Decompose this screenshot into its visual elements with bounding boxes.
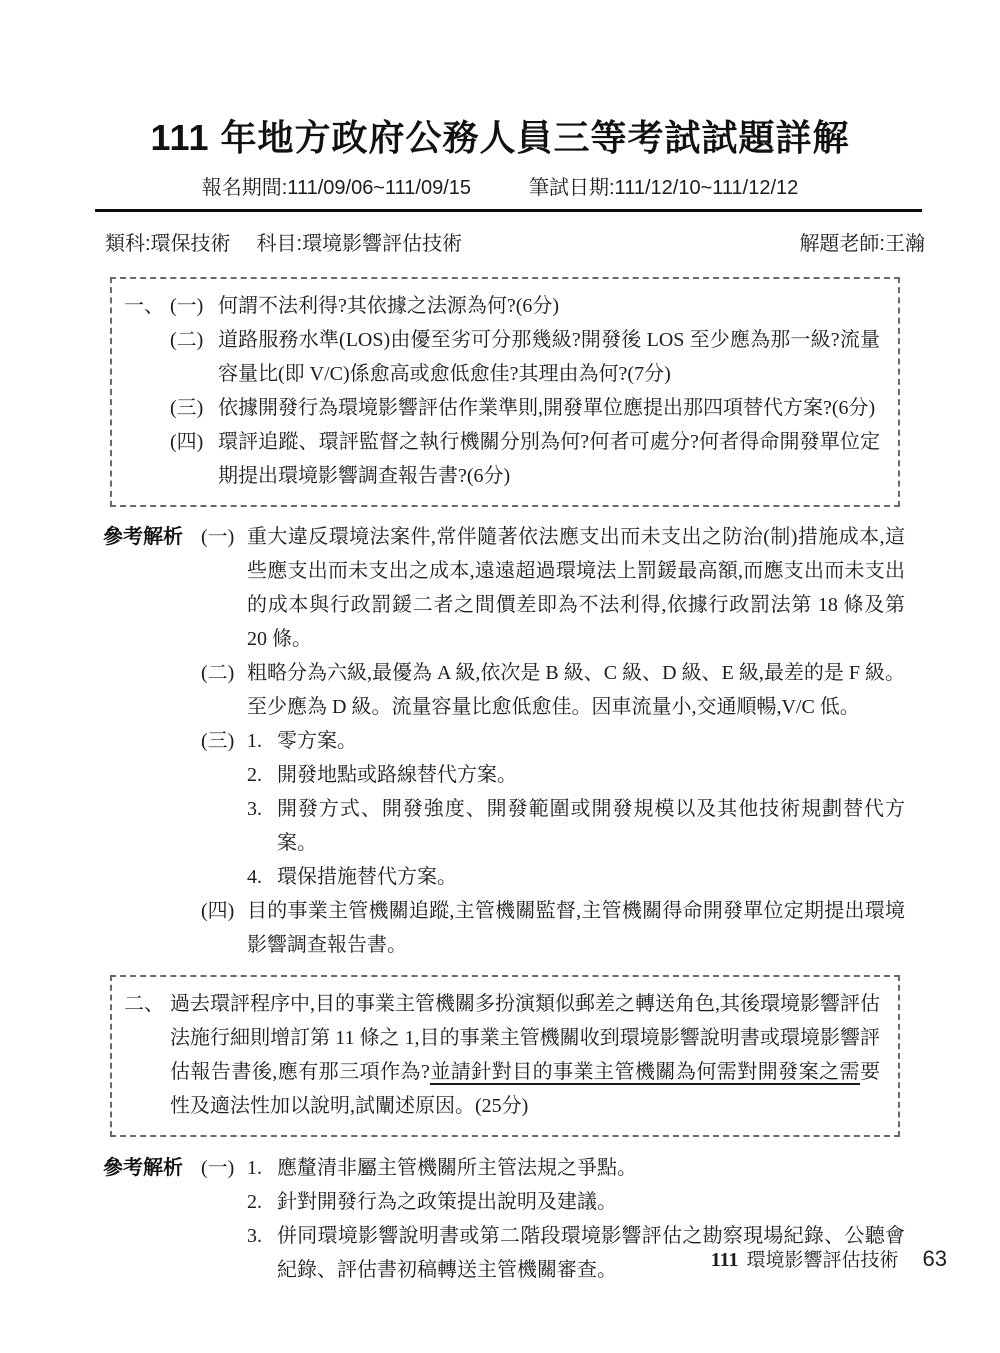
question-box-1: 一、 (一) 何謂不法利得?其依據之法源為何?(6分) (二) 道路服務水準(L… (110, 277, 900, 507)
page-number: 63 (923, 1246, 947, 1272)
analysis1-part-2: (二) 粗略分為六級,最優為 A 級,依次是 B 級、C 級、D 級、E 級,最… (201, 656, 905, 724)
list-item: 1. 應釐清非屬主管機關所主管法規之爭點。 (247, 1151, 905, 1185)
question1-part-1: (一) 何謂不法利得?其依據之法源為何?(6分) (170, 289, 880, 323)
part-marker: (一) (201, 520, 247, 656)
list-item: 3. 開發方式、開發強度、開發範圍或開發規模以及其他技術規劃替代方案。 (247, 792, 905, 860)
teacher-label: 解題老師:王瀚 (799, 227, 925, 256)
part-marker: (一) (170, 289, 218, 323)
question2-text-underlined: 並請針對目的事業主管機關為何需對開發案之需 (430, 1061, 860, 1083)
page-title: 111 年地方政府公務人員三等考試試題詳解 (0, 110, 1000, 161)
question1-number: 一、 (124, 289, 170, 493)
analysis1-part-4: (四) 目的事業主管機關追蹤,主管機關監督,主管機關得命開發單位定期提出環境影響… (201, 894, 905, 962)
item-number: 2. (247, 1185, 277, 1219)
registration-period: 報名期間:111/09/06~111/09/15 (202, 171, 471, 200)
analysis1-label: 參考解析 (103, 520, 187, 962)
question1-part-4: (四) 環評追蹤、環評監督之執行機關分別為何?何者可處分?何者得命開發單位定期提… (170, 425, 880, 493)
part-marker: (三) (170, 391, 218, 425)
part-marker: (二) (170, 323, 218, 391)
item-text: 環保措施替代方案。 (277, 860, 905, 894)
part-text: 目的事業主管機關追蹤,主管機關監督,主管機關得命開發單位定期提出環境影響調查報告… (247, 894, 905, 962)
part-text: 環評追蹤、環評監督之執行機關分別為何?何者可處分?何者得命開發單位定期提出環境影… (218, 425, 880, 493)
part-marker: (一) (201, 1151, 247, 1287)
question1-body: (一) 何謂不法利得?其依據之法源為何?(6分) (二) 道路服務水準(LOS)… (170, 289, 880, 493)
written-exam-date: 筆試日期:111/12/10~111/12/12 (529, 171, 798, 200)
part-text: 重大違反環境法案件,常伴隨著依法應支出而未支出之防治(制)措施成本,這些應支出而… (247, 520, 905, 656)
item-text: 應釐清非屬主管機關所主管法規之爭點。 (277, 1151, 905, 1185)
analysis2-label: 參考解析 (103, 1151, 187, 1287)
item-number: 1. (247, 1151, 277, 1185)
analysis-section-1: 參考解析 (一) 重大違反環境法案件,常伴隨著依法應支出而未支出之防治(制)措施… (103, 520, 905, 962)
question-box-2: 二、 過去環評程序中,目的事業主管機關多扮演類似郵差之轉送角色,其後環境影響評估… (110, 975, 900, 1137)
question1-part-3: (三) 依據開發行為環境影響評估作業準則,開發單位應提出那四項替代方案?(6分) (170, 391, 880, 425)
list-item: 2. 開發地點或路線替代方案。 (247, 758, 905, 792)
part-text: 依據開發行為環境影響評估作業準則,開發單位應提出那四項替代方案?(6分) (218, 391, 880, 425)
meta-left: 類科:環保技術 科目:環境影響評估技術 (105, 227, 462, 256)
item-text: 開發地點或路線替代方案。 (277, 758, 905, 792)
item-text: 開發方式、開發強度、開發範圍或開發規模以及其他技術規劃替代方案。 (277, 792, 905, 860)
footer-subject: 環境影響評估技術 (747, 1245, 899, 1272)
meta-row: 類科:環保技術 科目:環境影響評估技術 解題老師:王瀚 (105, 227, 925, 256)
header-rule (95, 209, 922, 212)
analysis1-part-1: (一) 重大違反環境法案件,常伴隨著依法應支出而未支出之防治(制)措施成本,這些… (201, 520, 905, 656)
item-number: 3. (247, 1219, 277, 1287)
exam-dates-row: 報名期間:111/09/06~111/09/15 筆試日期:111/12/10~… (0, 171, 1000, 200)
part-text: 粗略分為六級,最優為 A 級,依次是 B 級、C 級、D 級、E 級,最差的是 … (247, 656, 905, 724)
part-marker: (二) (201, 656, 247, 724)
item-number: 2. (247, 758, 277, 792)
question1-part-2: (二) 道路服務水準(LOS)由優至劣可分那幾級?開發後 LOS 至少應為那一級… (170, 323, 880, 391)
page-footer: 111 環境影響評估技術 63 (711, 1245, 947, 1272)
part-marker: (四) (170, 425, 218, 493)
analysis1-body: (一) 重大違反環境法案件,常伴隨著依法應支出而未支出之防治(制)措施成本,這些… (201, 520, 905, 962)
item-text: 針對開發行為之政策提出說明及建議。 (277, 1185, 905, 1219)
subject-label: 科目:環境影響評估技術 (257, 227, 463, 256)
analysis1-part-3-items: 1. 零方案。 2. 開發地點或路線替代方案。 3. 開發方式、開發強度、開發範… (247, 724, 905, 894)
item-number: 4. (247, 860, 277, 894)
list-item: 4. 環保措施替代方案。 (247, 860, 905, 894)
list-item: 1. 零方案。 (247, 724, 905, 758)
item-number: 3. (247, 792, 277, 860)
list-item: 2. 針對開發行為之政策提出說明及建議。 (247, 1185, 905, 1219)
category-label: 類科:環保技術 (105, 227, 231, 256)
part-text: 道路服務水準(LOS)由優至劣可分那幾級?開發後 LOS 至少應為那一級?流量容… (218, 323, 880, 391)
item-text: 零方案。 (277, 724, 905, 758)
document-page: 111 年地方政府公務人員三等考試試題詳解 報名期間:111/09/06~111… (0, 0, 1000, 1287)
part-text: 何謂不法利得?其依據之法源為何?(6分) (218, 289, 880, 323)
question2-number: 二、 (124, 987, 170, 1123)
part-marker: (三) (201, 724, 247, 894)
question2-text: 過去環評程序中,目的事業主管機關多扮演類似郵差之轉送角色,其後環境影響評估法施行… (170, 987, 880, 1123)
analysis1-part-3: (三) 1. 零方案。 2. 開發地點或路線替代方案。 3. 開發方式、開發強度… (201, 724, 905, 894)
item-number: 1. (247, 724, 277, 758)
footer-year: 111 (711, 1249, 739, 1272)
part-marker: (四) (201, 894, 247, 962)
